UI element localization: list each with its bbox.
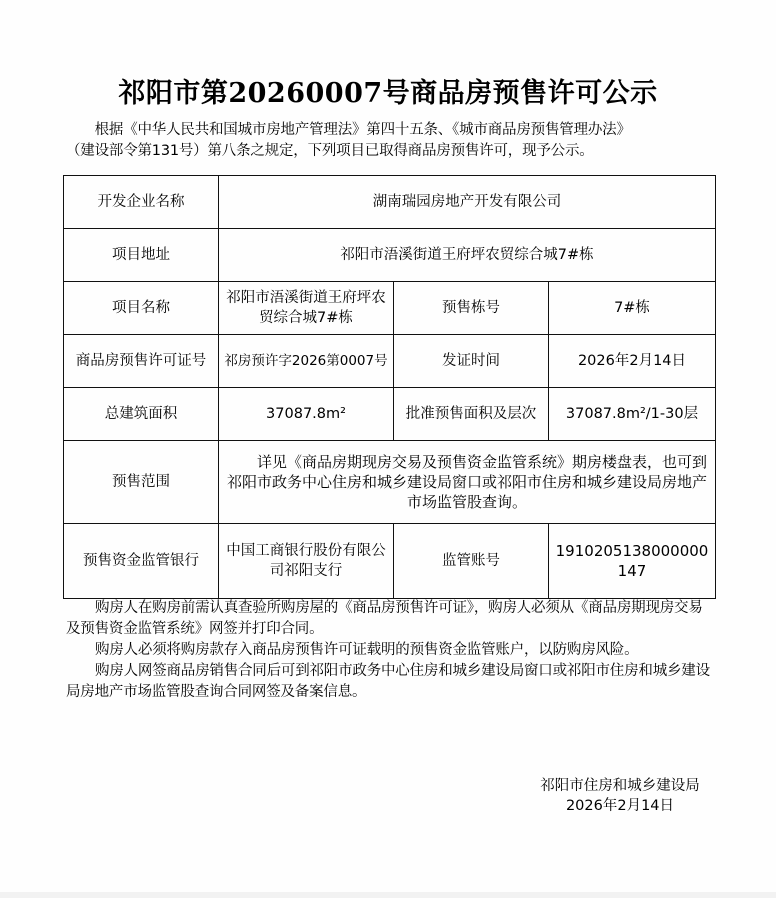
presale-building-value: 7#栋: [549, 282, 716, 335]
permit-no-label: 商品房预售许可证号: [64, 335, 219, 388]
intro-line-1: 根据《中华人民共和国城市房地产管理法》第四十五条、《城市商品房预售管理办法》: [66, 120, 726, 141]
row-area: 总建筑面积 37087.8m² 批准预售面积及层次 37087.8m²/1-30…: [64, 388, 716, 441]
permit-no-value: 祁房预许字2026第0007号: [219, 335, 394, 388]
bottom-border: [0, 892, 776, 898]
intro-paragraph: 根据《中华人民共和国城市房地产管理法》第四十五条、《城市商品房预售管理办法》 （…: [66, 120, 726, 162]
permit-table: 开发企业名称 湖南瑞园房地产开发有限公司 项目地址 祁阳市浯溪街道王府坪农贸综合…: [63, 175, 716, 599]
project-name-label: 项目名称: [64, 282, 219, 335]
project-name-value: 祁阳市浯溪街道王府坪农贸综合城7#栋: [219, 282, 394, 335]
address-label: 项目地址: [64, 229, 219, 282]
row-developer: 开发企业名称 湖南瑞园房地产开发有限公司: [64, 176, 716, 229]
developer-value: 湖南瑞园房地产开发有限公司: [219, 176, 716, 229]
note-2: 购房人必须将购房款存入商品房预售许可证载明的预售资金监管账户，以防购房风险。: [66, 640, 716, 661]
note-1: 购房人在购房前需认真查验所购房屋的《商品房预售许可证》，购房人必须从《商品房期现…: [66, 598, 716, 640]
issuer-name: 祁阳市住房和城乡建设局: [520, 776, 720, 796]
issue-date-label: 发证时间: [394, 335, 549, 388]
notes-section: 购房人在购房前需认真查验所购房屋的《商品房预售许可证》，购房人必须从《商品房期现…: [66, 598, 716, 703]
page-title: 祁阳市第20260007号商品房预售许可公示: [0, 74, 776, 114]
address-value: 祁阳市浯溪街道王府坪农贸综合城7#栋: [219, 229, 716, 282]
scope-label: 预售范围: [64, 441, 219, 524]
account-label: 监管账号: [394, 524, 549, 599]
row-permit: 商品房预售许可证号 祁房预许字2026第0007号 发证时间 2026年2月14…: [64, 335, 716, 388]
row-address: 项目地址 祁阳市浯溪街道王府坪农贸综合城7#栋: [64, 229, 716, 282]
issue-date-value: 2026年2月14日: [549, 335, 716, 388]
row-bank: 预售资金监管银行 中国工商银行股份有限公司祁阳支行 监管账号 191020513…: [64, 524, 716, 599]
row-project: 项目名称 祁阳市浯溪街道王府坪农贸综合城7#栋 预售栋号 7#栋: [64, 282, 716, 335]
signature-block: 祁阳市住房和城乡建设局 2026年2月14日: [520, 776, 720, 816]
row-scope: 预售范围 详见《商品房期现房交易及预售资金监管系统》期房楼盘表，也可到祁阳市政务…: [64, 441, 716, 524]
total-area-value: 37087.8m²: [219, 388, 394, 441]
bank-value: 中国工商银行股份有限公司祁阳支行: [219, 524, 394, 599]
note-3: 购房人网签商品房销售合同后可到祁阳市政务中心住房和城乡建设局窗口或祁阳市住房和城…: [66, 661, 716, 703]
total-area-label: 总建筑面积: [64, 388, 219, 441]
approved-area-label: 批准预售面积及层次: [394, 388, 549, 441]
approved-area-value: 37087.8m²/1-30层: [549, 388, 716, 441]
scope-value: 详见《商品房期现房交易及预售资金监管系统》期房楼盘表，也可到祁阳市政务中心住房和…: [219, 441, 716, 524]
developer-label: 开发企业名称: [64, 176, 219, 229]
presale-building-label: 预售栋号: [394, 282, 549, 335]
account-value: 1910205138000000147: [549, 524, 716, 599]
intro-line-2: （建设部令第131号）第八条之规定，下列项目已取得商品房预售许可，现予公示。: [66, 141, 726, 162]
bank-label: 预售资金监管银行: [64, 524, 219, 599]
issue-date: 2026年2月14日: [520, 796, 720, 816]
